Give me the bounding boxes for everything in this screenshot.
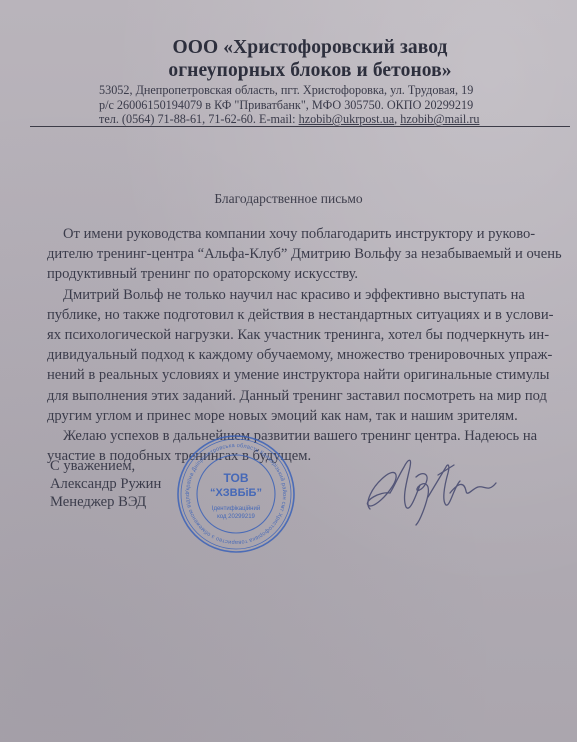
body-line: Дмитрий Вольф не только научил нас краси… (47, 285, 562, 305)
letter-body: От имени руководства компании хочу побла… (47, 224, 562, 466)
company-name: ООО «Христофоровский завод огнеупорных б… (140, 36, 480, 82)
letterhead-divider (30, 126, 570, 127)
stamp-center-line-2: “ХЗВБіБ” (210, 487, 262, 499)
body-line: Желаю успехов в дальнейшем развитии ваше… (47, 426, 562, 446)
handwritten-signature-icon (350, 447, 510, 527)
closing-salutation: С уважением, (50, 457, 161, 475)
company-contacts: 53052, Днепропетровская область, пгт. Хр… (99, 83, 479, 127)
company-phone-email: тел. (0564) 71-88-61, 71-62-60. E-mail: … (99, 112, 479, 127)
company-name-line-2: огнеупорных блоков и бетонов» (140, 59, 480, 82)
signer-position: Менеджер ВЭД (50, 493, 161, 511)
letter-title: Благодарственное письмо (0, 191, 577, 207)
stamp-center-line-1: ТОВ (223, 471, 248, 485)
body-line: дивидуальный подход к каждому обучаемому… (47, 345, 562, 365)
letter-closing: С уважением, Александр Ружин Менеджер ВЭ… (50, 457, 161, 511)
scanned-letter-page: ООО «Христофоровский завод огнеупорных б… (0, 0, 577, 742)
company-name-line-1: ООО «Христофоровский завод (140, 36, 480, 59)
body-line: публике, но также подготовил к действия … (47, 305, 562, 325)
paragraph-2: Дмитрий Вольф не только научил нас краси… (47, 285, 562, 426)
body-line: дителю тренинг-центра “Альфа-Клуб” Дмитр… (47, 244, 562, 264)
company-phone: тел. (0564) 71-88-61, 71-62-60. E-mail: (99, 112, 299, 126)
company-address: 53052, Днепропетровская область, пгт. Хр… (99, 83, 479, 98)
email-link-ukrpost[interactable]: hzobib@ukrpost.ua (299, 112, 395, 126)
email-link-mail-ru[interactable]: hzobib@mail.ru (400, 112, 479, 126)
company-bank-details: р/с 26006150194079 в КФ "Приватбанк", МФ… (99, 98, 479, 113)
stamp-id-code: код 20299219 (217, 514, 255, 520)
paragraph-1: От имени руководства компании хочу побла… (47, 224, 562, 285)
stamp-id-label: Ідентифікаційний (212, 505, 260, 512)
company-stamp-icon: Україна Дніпропетровська область Криворі… (174, 432, 298, 556)
body-line: другим углом и принес море новых эмоций … (47, 406, 562, 426)
signer-name: Александр Ружин (50, 475, 161, 493)
body-line: для выполнения этих заданий. Данный трен… (47, 386, 562, 406)
body-line: продуктивный тренинг по ораторскому иску… (47, 264, 562, 284)
body-line: нений в реальных условиях и умение инстр… (47, 365, 562, 385)
body-line: От имени руководства компании хочу побла… (47, 224, 562, 244)
body-line: ях психологической нагрузки. Как участни… (47, 325, 562, 345)
